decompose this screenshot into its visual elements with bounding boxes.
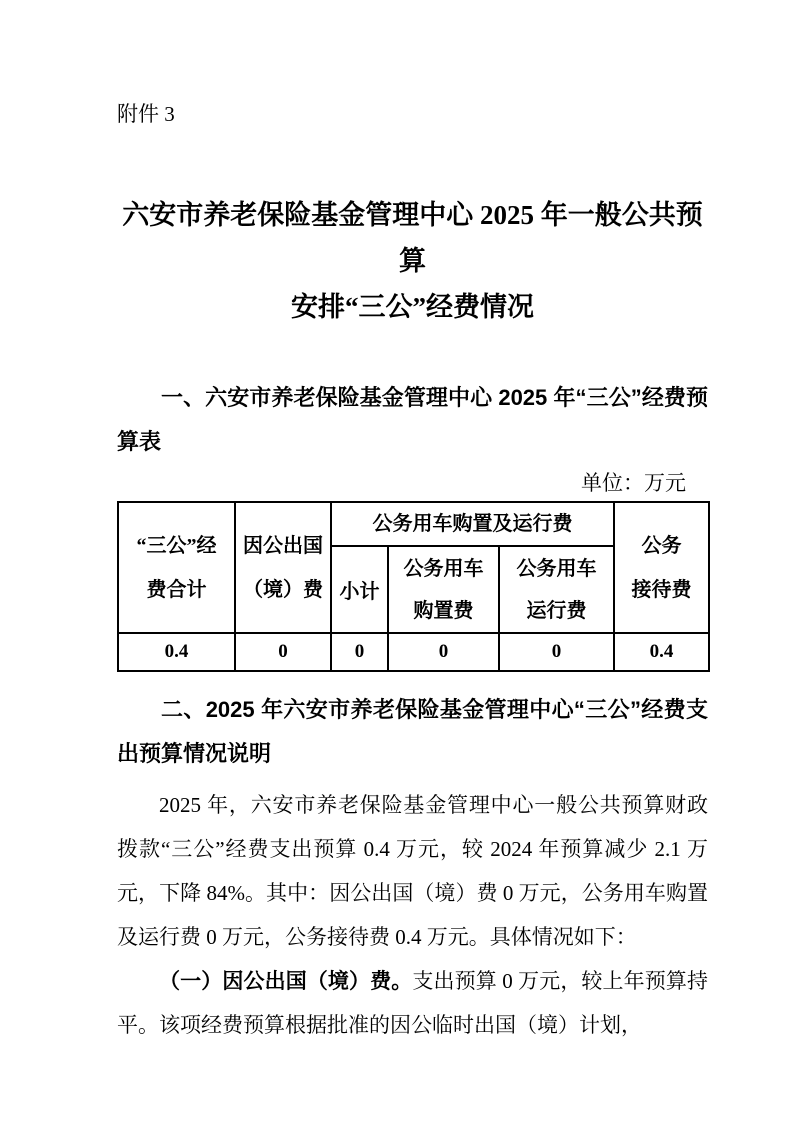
cell-abroad-value: 0 xyxy=(235,633,331,671)
col-header-reception-line2: 接待费 xyxy=(615,568,708,612)
col-header-operation-line1: 公务用车 xyxy=(500,548,613,590)
col-header-purchase: 公务用车 购置费 xyxy=(388,546,499,633)
col-header-abroad-line2: （境）费 xyxy=(236,568,330,612)
table-header-row-1: “三公”经 费合计 因公出国 （境）费 公务用车购置及运行费 公务 接待费 xyxy=(118,502,709,546)
col-header-total-line1: “三公”经 xyxy=(119,524,234,568)
cell-subtotal-value: 0 xyxy=(331,633,388,671)
table-data-row: 0.4 0 0 0 0 0.4 xyxy=(118,633,709,671)
col-header-operation-line2: 运行费 xyxy=(500,590,613,632)
cell-reception-value: 0.4 xyxy=(614,633,709,671)
col-header-abroad-line1: 因公出国 xyxy=(236,524,330,568)
item1-lead-text: （一）因公出国（境）费。 xyxy=(159,969,412,993)
document-page: 附件 3 六安市养老保险基金管理中心 2025 年一般公共预算 安排“三公”经费… xyxy=(0,0,793,1122)
attachment-label: 附件 3 xyxy=(117,0,708,128)
col-header-purchase-line1: 公务用车 xyxy=(389,548,498,590)
unit-note: 单位：万元 xyxy=(117,466,708,500)
item1-paragraph: （一）因公出国（境）费。支出预算 0 万元，较上年预算持平。该项经费预算根据批准… xyxy=(117,959,708,1047)
budget-table: “三公”经 费合计 因公出国 （境）费 公务用车购置及运行费 公务 接待费 小计 xyxy=(117,501,710,672)
col-header-purchase-line2: 购置费 xyxy=(389,590,498,632)
document-title: 六安市养老保险基金管理中心 2025 年一般公共预算 安排“三公”经费情况 xyxy=(117,192,708,330)
col-header-total-line2: 费合计 xyxy=(119,568,234,612)
col-header-operation: 公务用车 运行费 xyxy=(499,546,614,633)
col-header-reception: 公务 接待费 xyxy=(614,502,709,633)
cell-operation-value: 0 xyxy=(499,633,614,671)
section1-heading: 一、六安市养老保险基金管理中心 2025 年“三公”经费预算表 xyxy=(117,376,708,464)
col-header-reception-line1: 公务 xyxy=(615,524,708,568)
cell-purchase-value: 0 xyxy=(388,633,499,671)
col-header-total: “三公”经 费合计 xyxy=(118,502,235,633)
document-content: 附件 3 六安市养老保险基金管理中心 2025 年一般公共预算 安排“三公”经费… xyxy=(0,0,793,1047)
col-header-abroad: 因公出国 （境）费 xyxy=(235,502,331,633)
col-header-subtotal: 小计 xyxy=(331,546,388,633)
section2-paragraph: 2025 年，六安市养老保险基金管理中心一般公共预算财政拨款“三公”经费支出预算… xyxy=(117,783,708,959)
document-title-line1: 六安市养老保险基金管理中心 2025 年一般公共预算 xyxy=(117,192,708,284)
section2-heading: 二、2025 年六安市养老保险基金管理中心“三公”经费支出预算情况说明 xyxy=(117,688,708,776)
document-title-line2: 安排“三公”经费情况 xyxy=(117,284,708,330)
col-header-vehicle-group: 公务用车购置及运行费 xyxy=(331,502,614,546)
cell-total-value: 0.4 xyxy=(118,633,235,671)
